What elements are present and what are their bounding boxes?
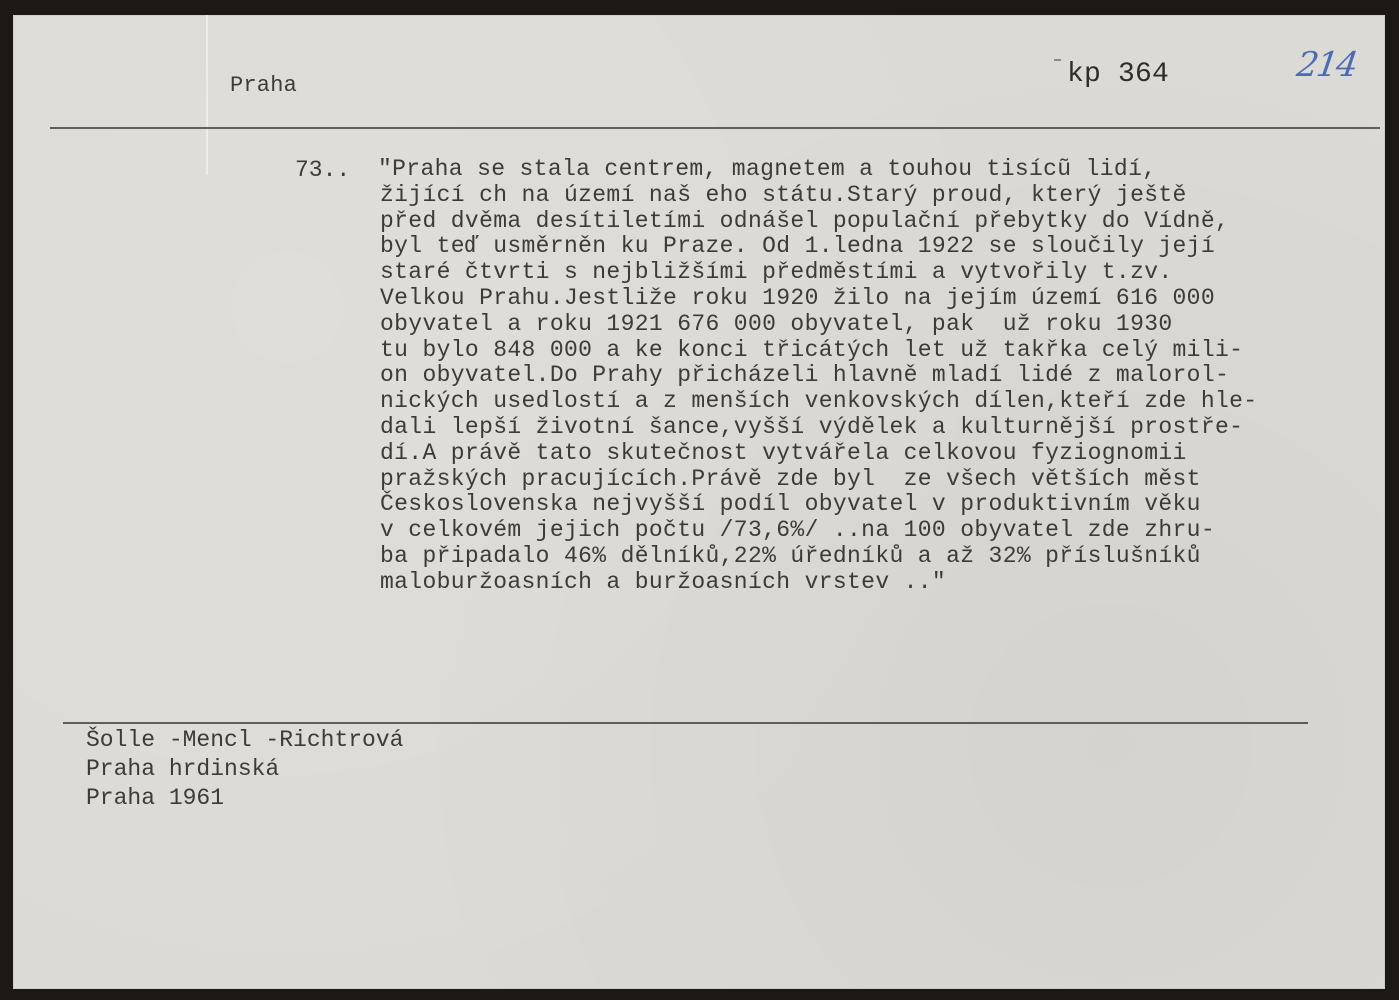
source-divider — [63, 722, 1308, 724]
quotation-line: Československa nejvyšší podíl obyvatel v… — [380, 492, 1257, 518]
signature-mark — [1054, 59, 1061, 61]
quotation-line: tu bylo 848 000 a ke konci třicátých let… — [380, 338, 1257, 364]
archive-signature: kp 364 — [1067, 59, 1169, 90]
quotation-text: "Praha se stala centrem, magnetem a touh… — [380, 157, 1257, 596]
quotation-line: staré čtvrti s nejbližšími předměstími a… — [380, 260, 1257, 286]
entry-number: 73.. — [295, 157, 350, 183]
quotation-line: obyvatel a roku 1921 676 000 obyvatel, p… — [380, 312, 1257, 338]
quotation-line: žijící ch na území naš eho státu.Starý p… — [380, 183, 1257, 209]
quotation-line: ba připadalo 46% dělníků,22% úředníků a … — [380, 544, 1257, 570]
source-imprint: Praha 1961 — [86, 784, 403, 813]
quotation-line: byl teď usměrněn ku Praze. Od 1.ledna 19… — [380, 234, 1257, 260]
quotation-line: on obyvatel.Do Prahy přicházeli hlavně m… — [380, 363, 1257, 389]
source-authors: Šolle -Mencl -Richtrová — [86, 726, 403, 755]
quotation-line: v celkovém jejich počtu /73,6%/ ..na 100… — [380, 518, 1257, 544]
paper-crease — [206, 15, 208, 175]
quotation-line: před dvěma desítiletími odnášel populačn… — [380, 209, 1257, 235]
quotation-line: "Praha se stala centrem, magnetem a touh… — [378, 157, 1257, 183]
scanned-document: Praha kp 364 214 73.. "Praha se stala ce… — [0, 0, 1399, 1000]
handwritten-folio-number: 214 — [1294, 45, 1359, 85]
quotation-line: nických usedlostí a z menších venkovskýc… — [380, 389, 1257, 415]
quotation-line: maloburžoasních a buržoasních vrstev .." — [380, 570, 1257, 596]
header-divider — [50, 127, 1380, 129]
quotation-line: dali lepší životní šance,vyšší výdělek a… — [380, 415, 1257, 441]
source-title: Praha hrdinská — [86, 755, 403, 784]
location-heading: Praha — [230, 73, 297, 98]
index-card: Praha kp 364 214 73.. "Praha se stala ce… — [13, 15, 1385, 989]
source-citation: Šolle -Mencl -Richtrová Praha hrdinská P… — [86, 726, 403, 813]
quotation-line: pražských pracujících.Právě zde byl ze v… — [380, 467, 1257, 493]
quotation-line: Velkou Prahu.Jestliže roku 1920 žilo na … — [380, 286, 1257, 312]
quotation-line: dí.A právě tato skutečnost vytvářela cel… — [380, 441, 1257, 467]
